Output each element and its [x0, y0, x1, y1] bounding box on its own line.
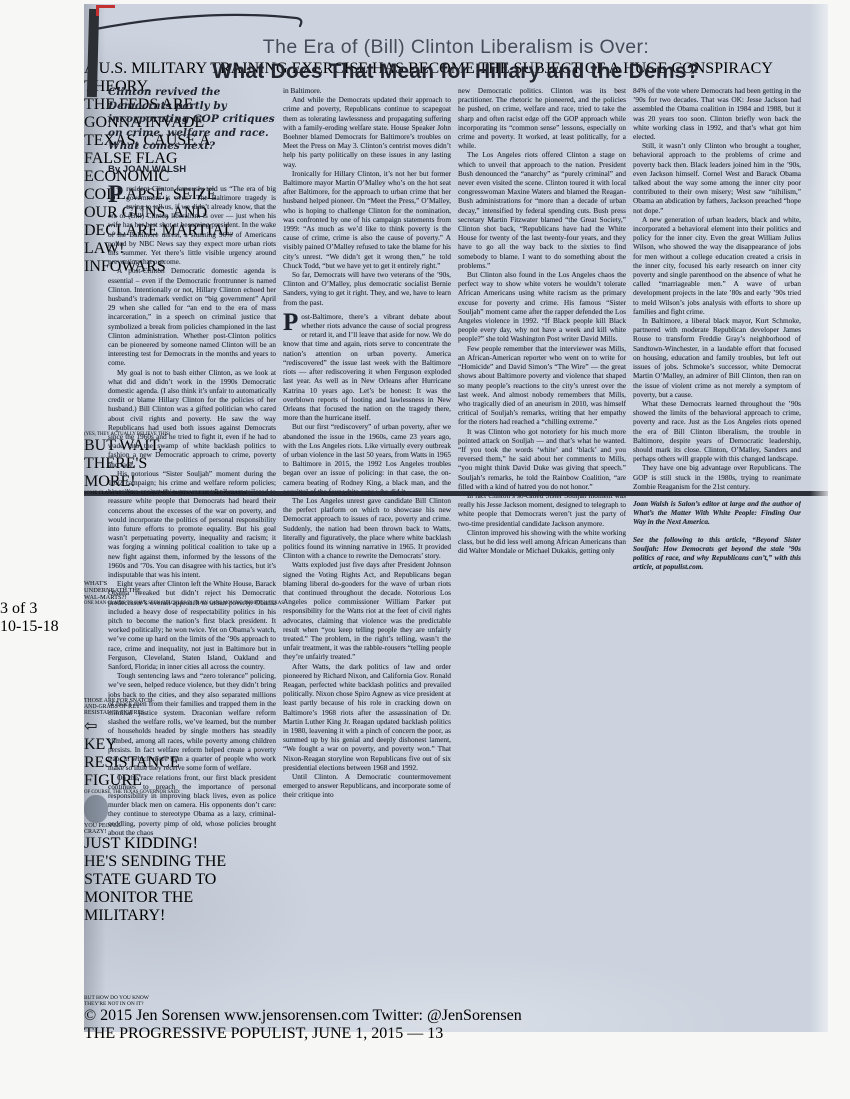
governor-head — [84, 795, 108, 823]
article-paragraph: President Clinton famously told us “The … — [108, 184, 276, 267]
article-byline: By JOAN WALSH — [108, 164, 276, 175]
article-paragraph: A new generation of urban leaders, black… — [633, 215, 801, 316]
article-column-3: new Democratic politics. Clinton was its… — [458, 86, 626, 706]
article-paragraph: Few people remember that the interviewer… — [458, 344, 626, 427]
article-paragraph: But our first “rediscovery” of urban pov… — [283, 422, 451, 496]
article-paragraph: It was Clinton who got notoriety for his… — [458, 427, 626, 491]
article-paragraph: What these Democrats learned throughout … — [633, 399, 801, 463]
article-standfirst: Clinton revived the Democrats partly by … — [108, 86, 276, 154]
article-paragraph: The Los Angeles unrest gave candidate Bi… — [283, 496, 451, 560]
article-paragraph: Joan Walsh is Salon’s editor at large an… — [633, 499, 801, 527]
article-paragraph: Ironically for Hillary Clinton, it’s not… — [283, 169, 451, 270]
scan-noise-blot — [0, 0, 90, 420]
article-paragraph: His notorious “Sister Souljah” moment du… — [108, 469, 276, 579]
publication-footer: THE PROGRESSIVE POPULIST, JUNE 1, 2015 —… — [84, 1025, 828, 1043]
article-paragraph: In fact Clinton’s so-called Sister Soulj… — [458, 491, 626, 528]
article-paragraph: The Los Angeles riots offered Clinton a … — [458, 150, 626, 270]
drop-cap: P — [283, 312, 301, 333]
article-paragraph: Post-Baltimore, there’s a vibrant debate… — [283, 312, 451, 422]
article-paragraph: Until Clinton. A Democratic countermovem… — [283, 772, 451, 800]
bystander-figure — [84, 925, 104, 959]
article-paragraph: 84% of the vote where Democrats had been… — [633, 86, 801, 141]
article-paragraph: My goal is not to bash either Clinton, a… — [108, 368, 276, 469]
newspaper-page: The Era of (Bill) Clinton Liberalism is … — [84, 4, 828, 1032]
arrow-icon: ⇦ — [84, 718, 97, 735]
article-paragraph: And while the Democrats updated their ap… — [283, 95, 451, 169]
article-paragraph: Clinton improved his showing with the wh… — [458, 528, 626, 556]
article-paragraph: Watts exploded just five days after Pres… — [283, 560, 451, 661]
article-paragraph: new Democratic politics. Clinton was its… — [458, 86, 626, 150]
article-paragraph: See the following to this article, “Beyo… — [633, 535, 801, 572]
registration-mark-red — [96, 5, 99, 16]
article-paragraph: Tough sentencing laws and “zero toleranc… — [108, 671, 276, 772]
scanned-newspaper-page: { "header": { "title_line1": "The Era of… — [0, 0, 850, 1099]
article-paragraph: Eight years after Clinton left the White… — [108, 579, 276, 671]
article-column-2: in Baltimore.And while the Democrats upd… — [283, 86, 451, 1014]
article-paragraph: Still, it wasn’t only Clinton who brough… — [633, 141, 801, 215]
article-paragraph: in Baltimore. — [283, 86, 451, 95]
article-title-line1: The Era of (Bill) Clinton Liberalism is … — [84, 36, 828, 58]
article-column-1: Clinton revived the Democrats partly by … — [108, 86, 276, 1026]
article-paragraph: They have one big advantage over Republi… — [633, 463, 801, 491]
article-paragraph: A post-Clinton Democratic domestic agend… — [108, 266, 276, 367]
article-paragraph: On the race relations front, our first b… — [108, 773, 276, 837]
drop-cap: P — [108, 184, 126, 205]
article-paragraph: So far, Democrats will have two veterans… — [283, 270, 451, 307]
article-column-4: 84% of the vote where Democrats had been… — [633, 86, 801, 712]
article-paragraph: But Clinton also found in the Los Angele… — [458, 270, 626, 344]
article-title-line2: What Does That Mean for Hillary and the … — [84, 60, 828, 84]
article-paragraph: After Watts, the dark politics of law an… — [283, 662, 451, 772]
cactus-figure — [84, 959, 96, 995]
article-paragraph: In Baltimore, a liberal black mayor, Kur… — [633, 316, 801, 399]
